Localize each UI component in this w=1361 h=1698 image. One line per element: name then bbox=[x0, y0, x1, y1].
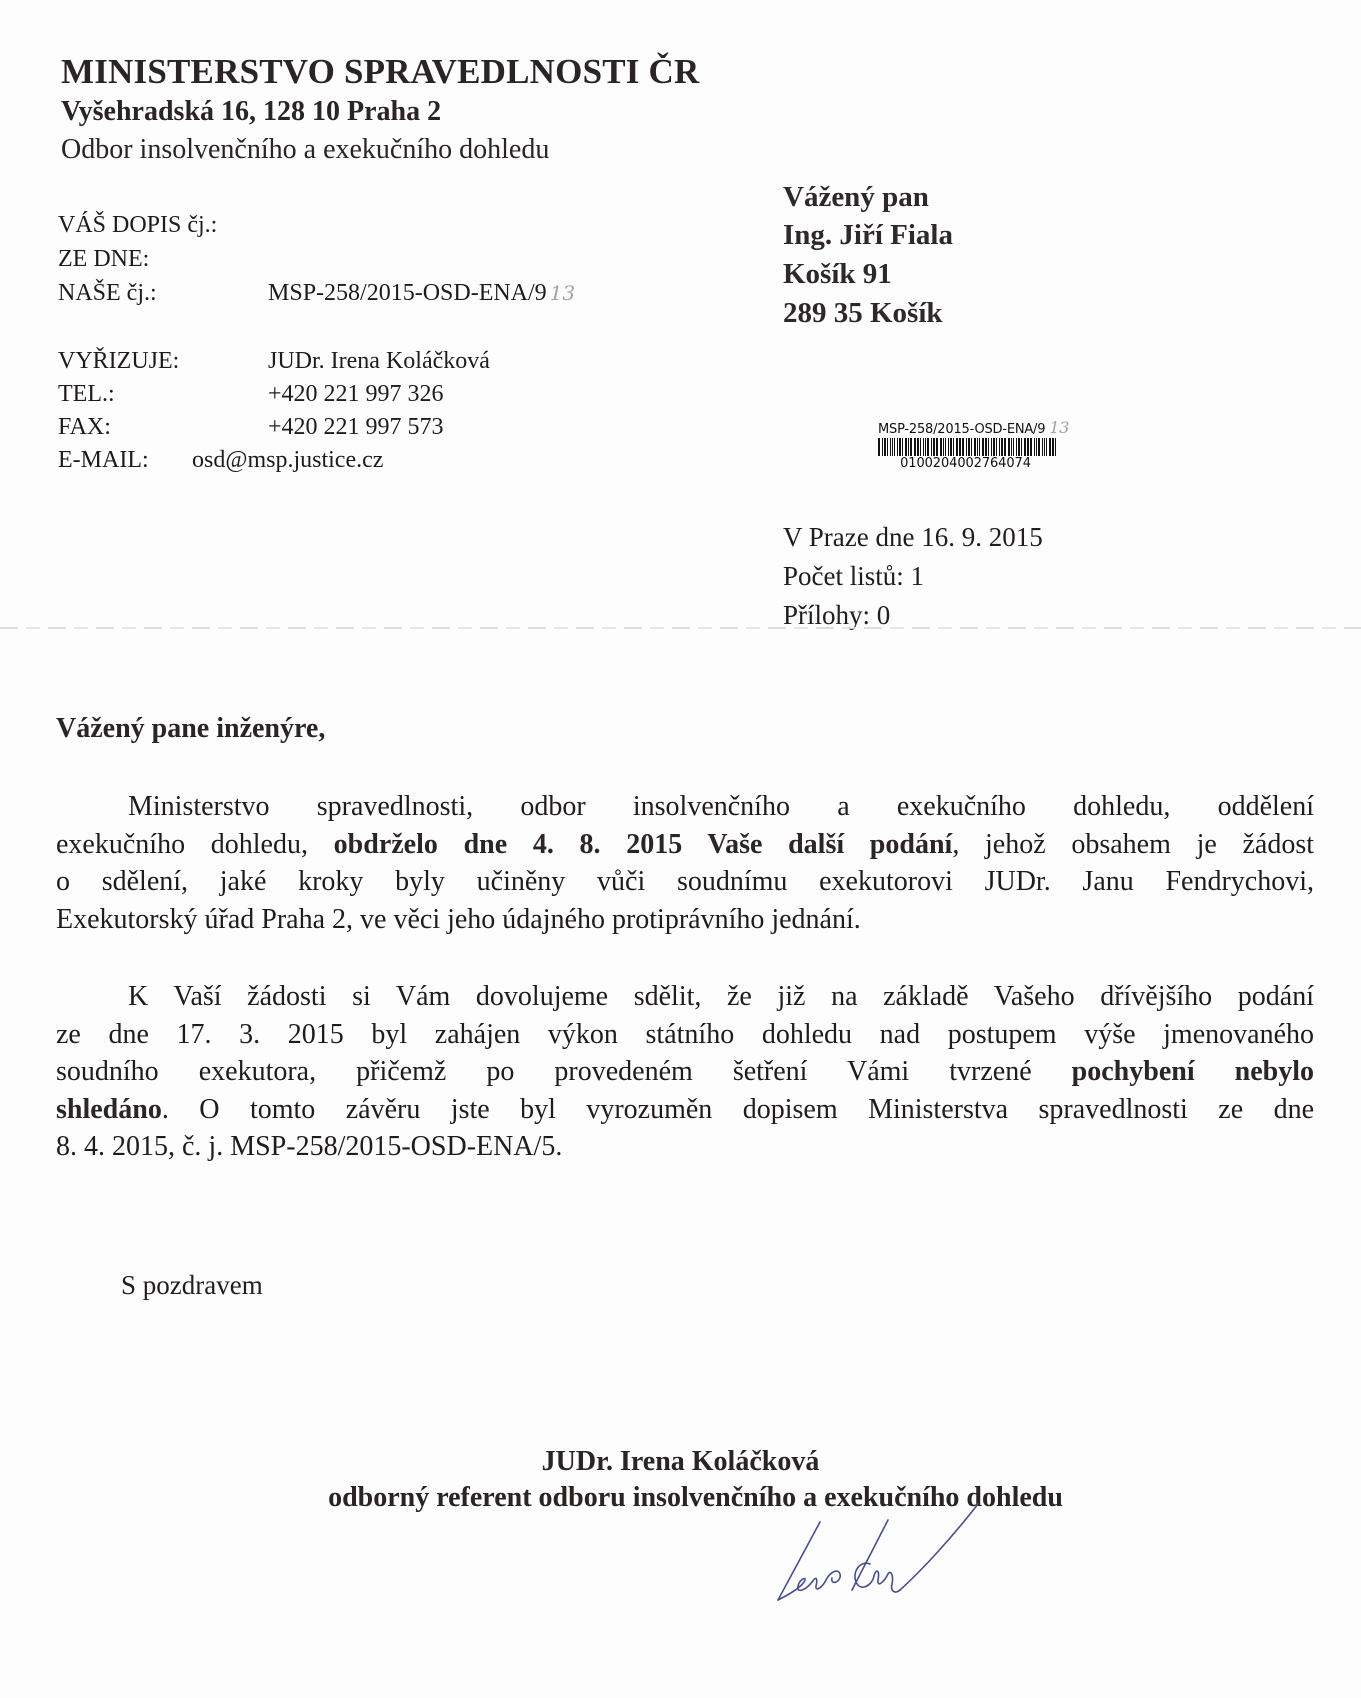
fax-label: FAX: bbox=[58, 414, 111, 441]
signatory-name: JUDr. Irena Koláčková bbox=[0, 1446, 1361, 1478]
email-value: osd@msp.justice.cz bbox=[192, 447, 383, 474]
closing: S pozdravem bbox=[121, 1270, 263, 1301]
emphasized-text: shledáno bbox=[56, 1094, 162, 1125]
recipient-name: Ing. Jiří Fiala bbox=[783, 219, 953, 252]
your-letter-ref-label: VÁŠ DOPIS čj.: bbox=[58, 212, 217, 239]
handled-by-value: JUDr. Irena Koláčková bbox=[268, 348, 490, 375]
paragraph-line: Exekutorský úřad Praha 2, ve věci jeho ú… bbox=[56, 901, 1314, 939]
paragraph-line: shledáno. O tomto závěru jste byl vyrozu… bbox=[56, 1091, 1314, 1129]
emphasized-text: obdrželo dne 4. 8. 2015 Vaše další podán… bbox=[334, 829, 953, 860]
sheet-count: Počet listů: 1 bbox=[783, 561, 924, 592]
recipient-salutation: Vážený pan bbox=[783, 181, 929, 214]
place-date: V Praze dne 16. 9. 2015 bbox=[783, 522, 1043, 553]
paragraph-line: ze dne 17. 3. 2015 byl zahájen výkon stá… bbox=[56, 1016, 1314, 1054]
paper-fold-line bbox=[0, 627, 1361, 629]
signatory-title: odborný referent odboru insolvenčního a … bbox=[0, 1482, 1361, 1514]
barcode-bars bbox=[878, 438, 1083, 456]
paragraph-line: o sdělení, jaké kroky byly učiněny vůči … bbox=[56, 863, 1314, 901]
emphasized-text: pochybení nebylo bbox=[1072, 1056, 1314, 1087]
barcode-label: MSP-258/2015-OSD-ENA/913 010020400276407… bbox=[878, 418, 1083, 471]
handwritten-signature bbox=[760, 1490, 1000, 1610]
ministry-department: Odbor insolvenčního a exekučního dohledu bbox=[61, 134, 549, 166]
email-label: E-MAIL: bbox=[58, 447, 149, 474]
tel-label: TEL.: bbox=[58, 381, 115, 408]
barcode-number: 0100204002764074 bbox=[878, 456, 1053, 471]
letter-salutation: Vážený pane inženýre, bbox=[56, 713, 325, 745]
paragraph-line: 8. 4. 2015, č. j. MSP-258/2015-OSD-ENA/5… bbox=[56, 1128, 1314, 1166]
ministry-title: MINISTERSTVO SPRAVEDLNOSTI ČR bbox=[61, 52, 700, 92]
recipient-street: Košík 91 bbox=[783, 258, 892, 291]
paragraph-line: Ministerstvo spravedlnosti, odbor insolv… bbox=[56, 788, 1314, 826]
tel-value: +420 221 997 326 bbox=[268, 381, 444, 408]
paragraph-line: soudního exekutora, přičemž po provedené… bbox=[56, 1053, 1314, 1091]
barcode-reference: MSP-258/2015-OSD-ENA/913 bbox=[878, 418, 1083, 437]
paragraph-line: K Vaší žádosti si Vám dovolujeme sdělit,… bbox=[56, 978, 1314, 1016]
handled-by-label: VYŘIZUJE: bbox=[58, 348, 179, 375]
ministry-address: Vyšehradská 16, 128 10 Praha 2 bbox=[61, 96, 441, 128]
fax-value: +420 221 997 573 bbox=[268, 414, 444, 441]
paragraph-line: exekučního dohledu, obdrželo dne 4. 8. 2… bbox=[56, 826, 1314, 864]
our-ref-label: NAŠE čj.: bbox=[58, 280, 157, 307]
recipient-city: 289 35 Košík bbox=[783, 297, 943, 330]
paragraph-2: K Vaší žádosti si Vám dovolujeme sdělit,… bbox=[56, 978, 1314, 1166]
our-ref-value: MSP-258/2015-OSD-ENA/913 bbox=[268, 280, 575, 307]
barcode-handwritten-mark: 13 bbox=[1049, 418, 1069, 437]
handwritten-mark: 13 bbox=[550, 281, 575, 305]
dated-label: ZE DNE: bbox=[58, 246, 149, 273]
paragraph-1: Ministerstvo spravedlnosti, odbor insolv… bbox=[56, 788, 1314, 938]
